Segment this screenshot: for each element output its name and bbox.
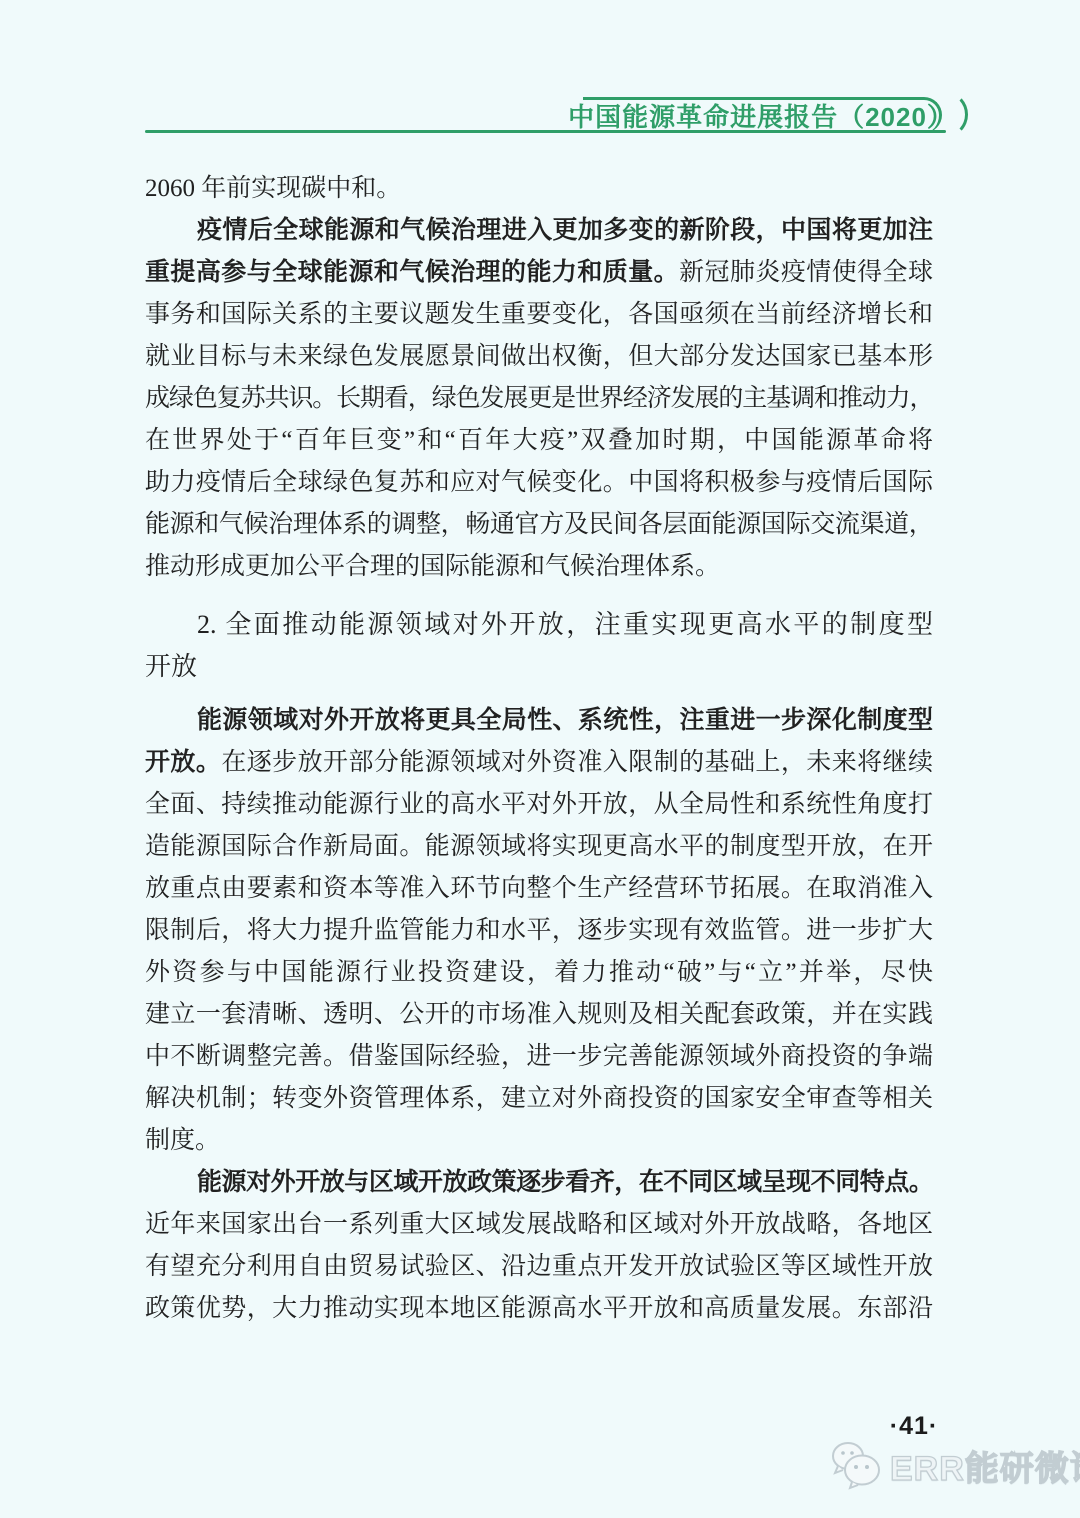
text-line: 开放 (145, 646, 933, 688)
text-line: 解决机制；转变外资管理体系，建立对外商投资的国家安全审查等相关 (145, 1078, 933, 1120)
text-line: 造能源国际合作新局面。能源领域将实现更高水平的制度型开放，在开 (145, 826, 933, 868)
watermark-text: ERR能研微讯 (890, 1441, 1080, 1490)
header-title-box: 中国能源革命进展报告（2020） (583, 97, 942, 133)
text-line: 有望充分利用自由贸易试验区、沿边重点开发开放试验区等区域性开放 (145, 1246, 933, 1288)
paragraph: 能源领域对外开放将更具全局性、系统性，注重进一步深化制度型开放。在逐步放开部分能… (145, 700, 933, 1162)
text-line: 助力疫情后全球绿色复苏和应对气候变化。中国将积极参与疫情后国际 (145, 462, 933, 504)
text-line: 能源和气候治理体系的调整，畅通官方及民间各层面能源国际交流渠道， (145, 504, 933, 546)
text-line: 在世界处于“百年巨变”和“百年大疫”双叠加时期，中国能源革命将 (145, 420, 933, 462)
section-heading: 2. 全面推动能源领域对外开放，注重实现更高水平的制度型开放 (145, 604, 933, 688)
text-line: 就业目标与未来绿色发展愿景间做出权衡，但大部分发达国家已基本形 (145, 336, 933, 378)
text-line: 制度。 (145, 1120, 933, 1162)
text-line: 疫情后全球能源和气候治理进入更加多变的新阶段，中国将更加注 (145, 210, 933, 252)
text-line: 全面、持续推动能源行业的高水平对外开放，从全局性和系统性角度打 (145, 784, 933, 826)
text-line: 事务和国际关系的主要议题发生重要变化，各国亟须在当前经济增长和 (145, 294, 933, 336)
report-title: 中国能源革命进展报告（2020） (568, 97, 954, 137)
text-line: 建立一套清晰、透明、公开的市场准入规则及相关配套政策，并在实践 (145, 994, 933, 1036)
text-line: 中不断调整完善。借鉴国际经验，进一步完善能源领域外商投资的争端 (145, 1036, 933, 1078)
text-line: 推动形成更加公平合理的国际能源和气候治理体系。 (145, 546, 933, 588)
wechat-icon (828, 1438, 884, 1492)
paragraph: 能源对外开放与区域开放政策逐步看齐，在不同区域呈现不同特点。近年来国家出台一系列… (145, 1162, 933, 1330)
text-line: 限制后，将大力提升监管能力和水平，逐步实现有效监管。进一步扩大 (145, 910, 933, 952)
document-page: 中国能源革命进展报告（2020） 2060 年前实现碳中和。疫情后全球能源和气候… (0, 0, 1080, 1518)
text-line: 外资参与中国能源行业投资建设，着力推动“破”与“立”并举，尽快 (145, 952, 933, 994)
text-line: 能源领域对外开放将更具全局性、系统性，注重进一步深化制度型 (145, 700, 933, 742)
text-line: 2. 全面推动能源领域对外开放，注重实现更高水平的制度型 (145, 604, 933, 646)
text-line: 近年来国家出台一系列重大区域发展战略和区域对外开放战略，各地区 (145, 1204, 933, 1246)
paragraph: 2060 年前实现碳中和。 (145, 168, 933, 210)
text-line: 重提高参与全球能源和气候治理的能力和质量。新冠肺炎疫情使得全球 (145, 252, 933, 294)
paragraph: 疫情后全球能源和气候治理进入更加多变的新阶段，中国将更加注重提高参与全球能源和气… (145, 210, 933, 588)
text-line: 政策优势，大力推动实现本地区能源高水平开放和高质量发展。东部沿 (145, 1288, 933, 1330)
text-line: 2060 年前实现碳中和。 (145, 168, 933, 210)
header-arc-decoration (926, 92, 968, 137)
body-text: 2060 年前实现碳中和。疫情后全球能源和气候治理进入更加多变的新阶段，中国将更… (145, 168, 933, 1330)
text-line: 开放。在逐步放开部分能源领域对外资准入限制的基础上，未来将继续 (145, 742, 933, 784)
text-line: 成绿色复苏共识。长期看，绿色发展更是世界经济发展的主基调和推动力， (145, 378, 933, 420)
text-line: 能源对外开放与区域开放政策逐步看齐，在不同区域呈现不同特点。 (145, 1162, 933, 1204)
watermark: ERR能研微讯 (828, 1438, 1080, 1492)
text-line: 放重点由要素和资本等准入环节向整个生产经营环节拓展。在取消准入 (145, 868, 933, 910)
